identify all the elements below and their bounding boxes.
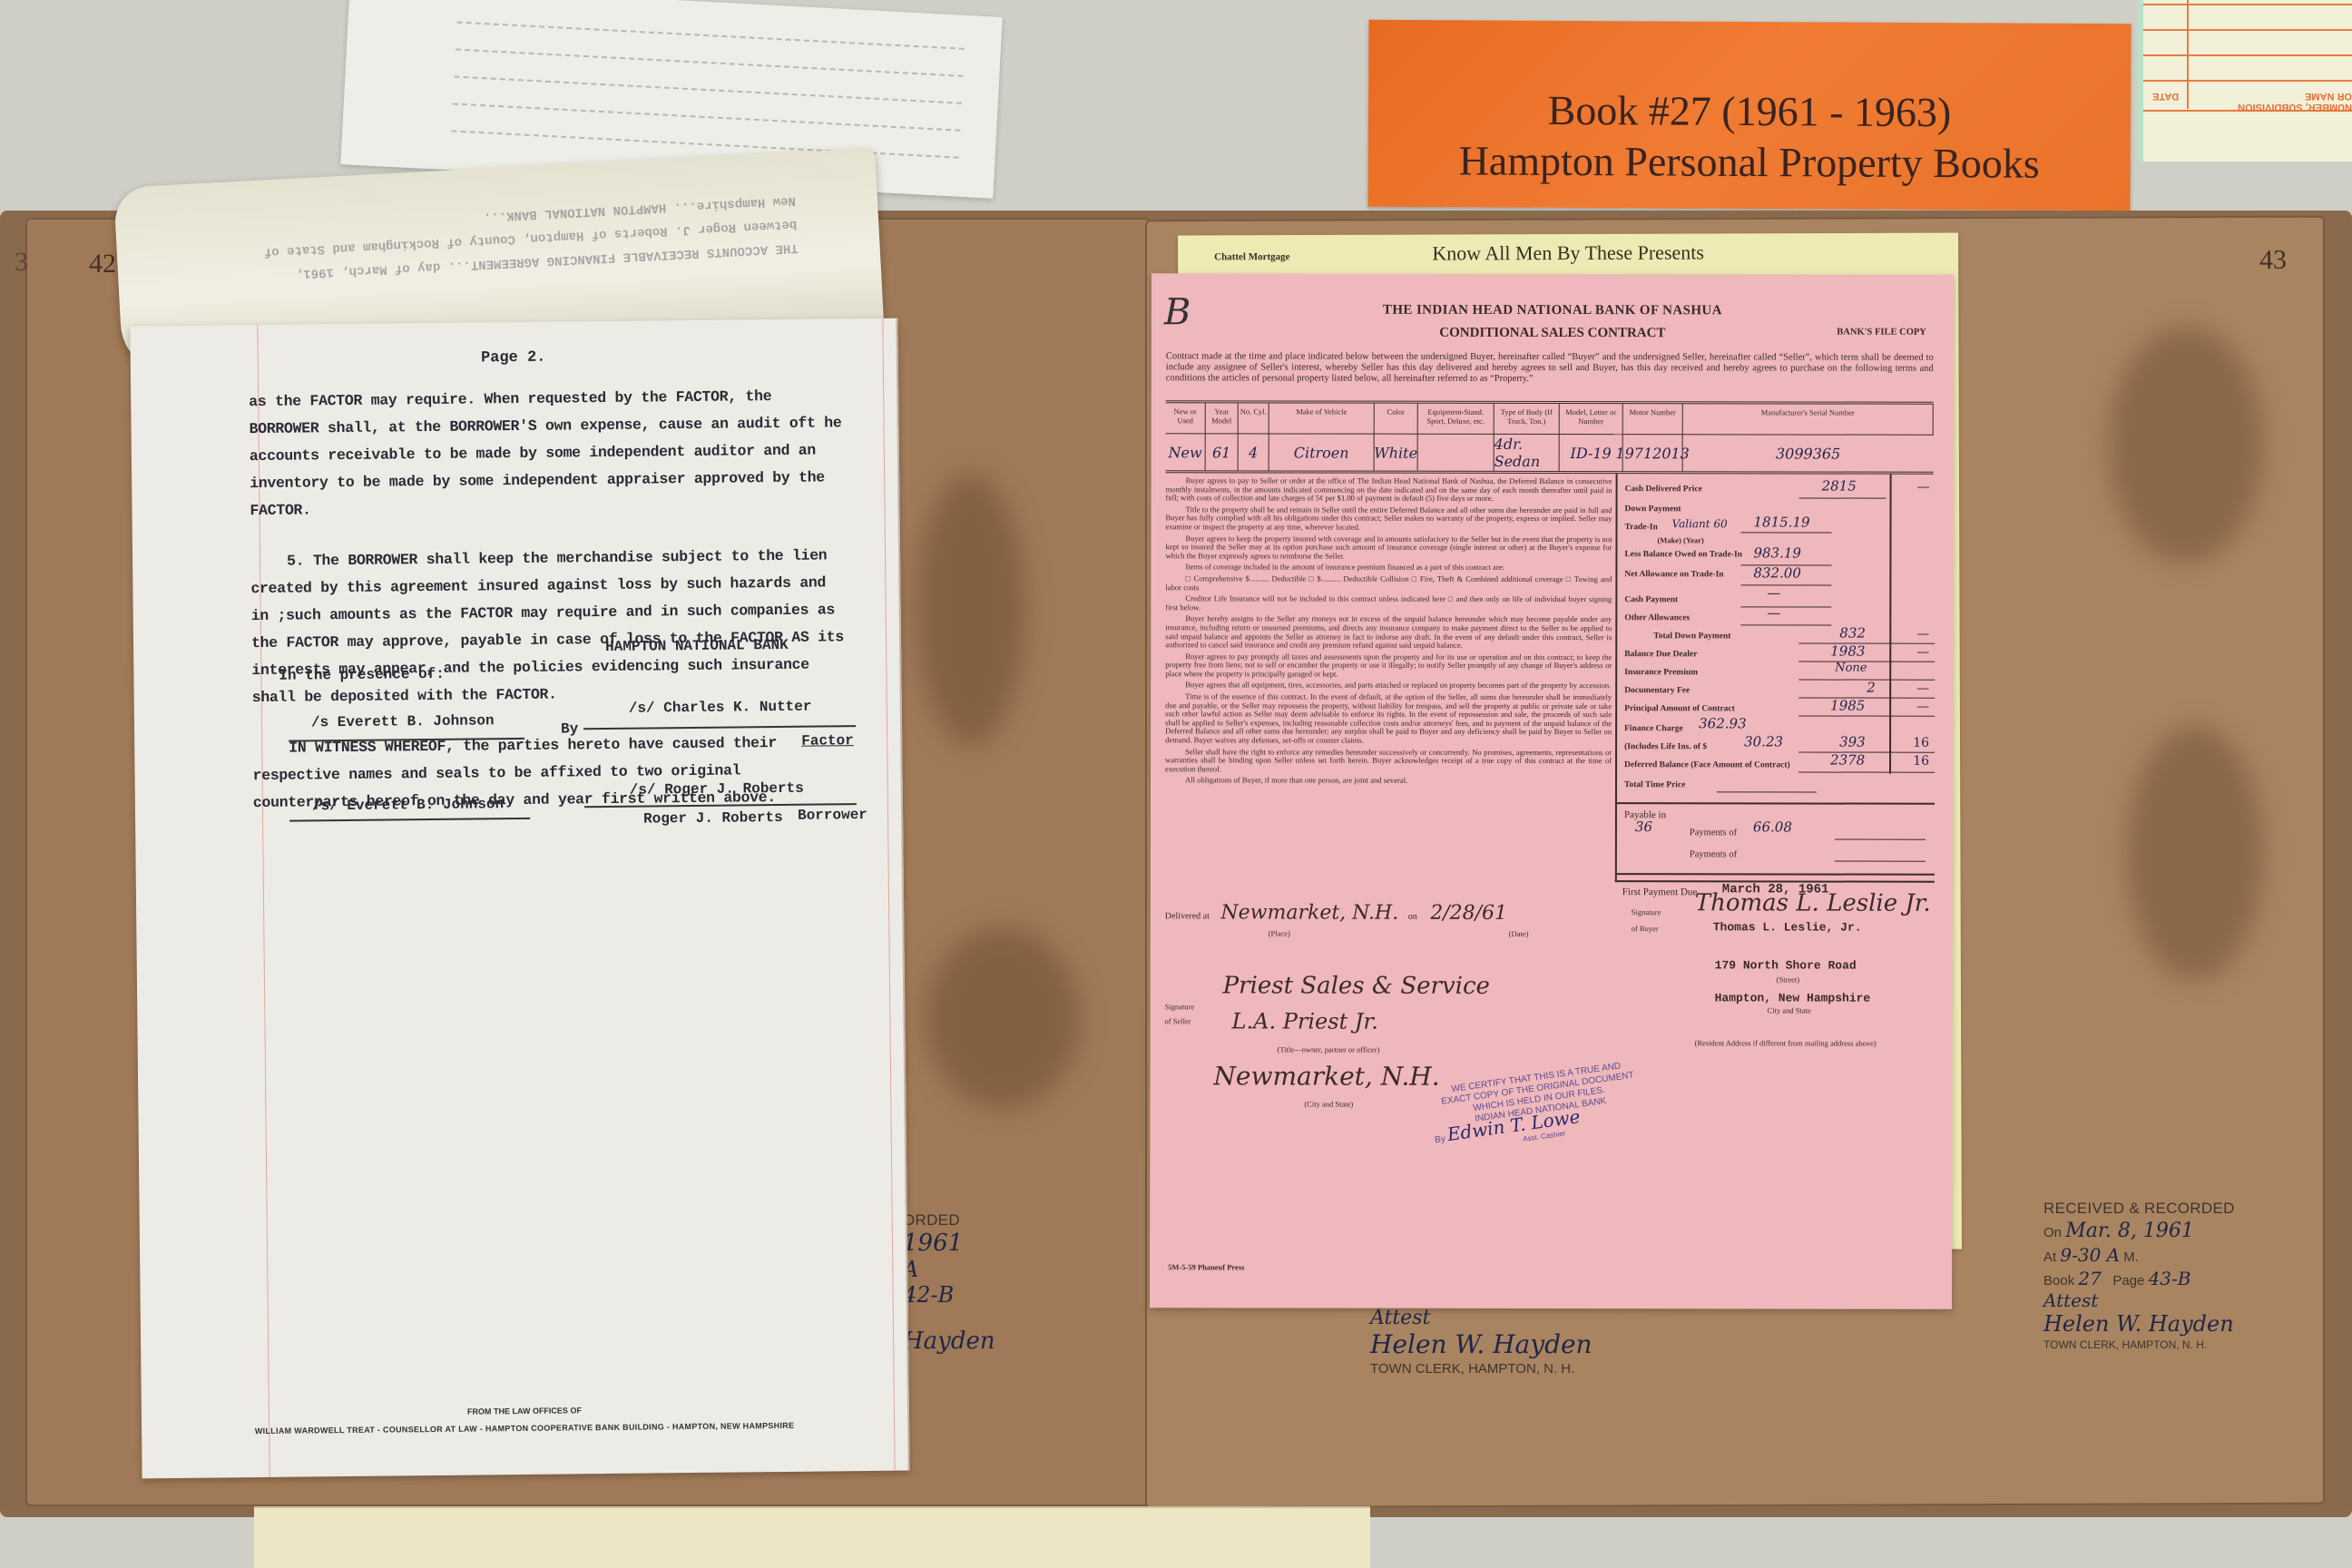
recorded-page: 43-B (2149, 1268, 2191, 1289)
vehicle-table-cell: 19712013 (1623, 435, 1683, 471)
vehicle-table-header: Make of Vehicle (1269, 403, 1375, 434)
contract-bank-name: THE INDIAN HEAD NATIONAL BANK OF NASHUA (1151, 302, 1954, 319)
balance-due-value: 1983 (1830, 643, 1865, 660)
delivery-line: Delivered at Newmarket, N.H. on 2/28/61 (1165, 901, 1507, 925)
agreement-paragraph: as the FACTOR may require. When requeste… (249, 382, 844, 524)
contract-terms: Buyer agrees to pay to Seller or order a… (1165, 476, 1612, 789)
right-page-number: 43 (2259, 245, 2287, 276)
borrower-name: Roger J. Roberts (643, 809, 783, 828)
seller-company-signature: Priest Sales & Service (1223, 972, 1490, 1000)
contract-term: Buyer agrees to keep the property insure… (1165, 534, 1612, 562)
vehicle-table-cell: 61 (1206, 434, 1239, 470)
vehicle-table-cell (1418, 435, 1494, 471)
paper-text-line (451, 124, 959, 158)
vehicle-table: New or UsedYear ModelNo. Cyl.Make of Veh… (1166, 400, 1934, 474)
law-office-header: FROM THE LAW OFFICES OF (142, 1403, 907, 1420)
water-stain (916, 474, 1025, 746)
borrower-signature: /s/ Roger J. Roberts (630, 780, 804, 799)
vehicle-table-header: Manufacturer's Serial Number (1683, 404, 1934, 435)
agreement-paragraph: 5. The BORROWER shall keep the merchandi… (250, 542, 846, 711)
water-stain (926, 927, 1080, 1109)
payment-count: 36 (1635, 818, 1652, 835)
factoring-agreement-page: Page 2. as the FACTOR may require. When … (130, 318, 909, 1479)
cash-price-label: Cash Delivered Price (1625, 485, 1702, 494)
contract-term: Title to the property shall be and remai… (1165, 505, 1612, 533)
vehicle-table-cell: 4 (1239, 434, 1269, 470)
vehicle-table-header: Equipment-Stand. Sport, Deluxe, etc. (1418, 404, 1494, 435)
binder-label-title: Book #27 (1961 - 1963) (1368, 85, 2131, 137)
water-stain (2127, 726, 2263, 981)
contract-term: Buyer agrees that all equipment, tires, … (1165, 681, 1612, 691)
total-down-value: 832 (1839, 625, 1866, 642)
page-label: Page 2. (131, 346, 897, 371)
contract-term: Buyer agrees to pay to Seller or order a… (1166, 476, 1612, 504)
life-ins-value: 30.23 (1744, 733, 1783, 750)
first-payment-label: First Payment Due (1622, 887, 1698, 897)
bottom-papers (254, 1506, 1370, 1568)
vehicle-table-header: Type of Body (If Truck, Ton.) (1494, 404, 1560, 435)
paper-text-line (453, 97, 961, 131)
conditional-sales-contract: B THE INDIAN HEAD NATIONAL BANK OF NASHU… (1150, 273, 1954, 1309)
vehicle-table-header: Color (1375, 404, 1418, 435)
contract-intro: Contract made at the time and place indi… (1166, 351, 1934, 385)
agreement-body: as the FACTOR may require. When requeste… (249, 382, 847, 840)
trade-in-vehicle: Valiant 60 (1672, 517, 1728, 530)
contract-term: □ Comprehensive $.......... Deductible □… (1165, 574, 1612, 593)
vehicle-table-cell: 3099365 (1683, 435, 1934, 471)
vehicle-table-header: Model, Letter or Number (1560, 404, 1623, 435)
file-copy-label: BANK'S FILE COPY (1837, 328, 1926, 338)
certification-stamp: WE CERTIFY THAT THIS IS A TRUE AND EXACT… (1427, 1058, 1652, 1157)
finance-charge-value: 362.93 (1699, 715, 1747, 731)
seller-signer-signature: L.A. Priest Jr. (1232, 1008, 1378, 1034)
financial-summary: Cash Delivered Price 2815 — Down Payment… (1615, 474, 1935, 883)
index-card-name-label: NUMBER, SUBDIVISION OR NAME (2220, 91, 2352, 113)
contract-title: CONDITIONAL SALES CONTRACT (1151, 325, 1954, 342)
paper-text-line (454, 70, 962, 103)
seller-city-signature: Newmarket, N.H. (1213, 1061, 1439, 1091)
paper-text-line (456, 43, 964, 76)
contract-term: Creditor Life Insurance will not be incl… (1165, 594, 1612, 612)
net-allowance-value: 832.00 (1753, 564, 1801, 581)
left-page-number: 42 (89, 249, 116, 279)
vehicle-table-cell: ID-19 (1560, 435, 1623, 471)
factor-label: Factor (801, 732, 854, 750)
buyer-signature: Thomas L. Leslie Jr. (1695, 889, 1931, 916)
chattel-mortgage-heading: Know All Men By These Presents (1178, 240, 1958, 267)
left-recorded-stamp: ORDED 1961 A 42-B Hayden (903, 1211, 995, 1355)
town-clerk-signature: Helen W. Hayden (2043, 1311, 2279, 1337)
printer-mark: 5M-5-59 Phaneuf Press (1168, 1262, 1244, 1271)
vehicle-table-cell: 4dr. Sedan (1494, 435, 1560, 471)
vehicle-table-header: Year Model (1206, 403, 1239, 434)
buyer-street: 179 North Shore Road (1715, 958, 1857, 972)
witness2-signature: /s/ Everett B. Johnson (312, 796, 504, 814)
contract-term: All obligations of Buyer, if more than o… (1165, 777, 1612, 786)
vehicle-table-header: Motor Number (1623, 404, 1683, 435)
balance-owed-value: 983.19 (1753, 544, 1801, 561)
by-label: By (561, 720, 578, 737)
binder-label-subtitle: Hampton Personal Property Books (1368, 136, 2131, 188)
contract-term: Items of coverage included in the amount… (1165, 563, 1612, 573)
water-stain (2109, 327, 2263, 563)
law-office-address: WILLIAM WARDWELL TREAT - COUNSELLOR AT L… (142, 1420, 907, 1437)
buyer-city: Hampton, New Hampshire (1715, 991, 1871, 1004)
recorded-book: 27 (2078, 1268, 2101, 1289)
buyer-signature-label: Signature of Buyer (1632, 904, 1661, 936)
witness1-signature: /s Everett B. Johnson (311, 712, 495, 730)
contract-term: Buyer hereby assigns to the Seller any m… (1165, 615, 1612, 651)
delivery-date: 2/28/61 (1430, 902, 1507, 925)
index-card-date-label: DATE (2152, 91, 2179, 102)
vehicle-table-cell: Citroen (1269, 434, 1375, 470)
presence-label: In the presence of: (279, 666, 445, 684)
principal-value: 1985 (1830, 698, 1865, 714)
paper-text-line (457, 16, 965, 50)
vehicle-table-cell: White (1375, 435, 1418, 471)
borrower-label: Borrower (798, 807, 867, 824)
life-ins-total: 393 (1839, 734, 1866, 750)
cash-price-value: 2815 (1822, 478, 1857, 495)
deferred-balance-value: 2378 (1830, 752, 1865, 769)
delivery-place: Newmarket, N.H. (1220, 901, 1398, 924)
mirrored-text: THE ACCOUNTS RECEIVABLE FINANCING AGREEM… (251, 189, 799, 288)
contract-term: Buyer agrees to pay promptly all taxes a… (1165, 652, 1612, 680)
center-recorded-stamp: Attest Helen W. Hayden TOWN CLERK, HAMPT… (1370, 1307, 1592, 1377)
recorded-date: Mar. 8, 1961 (2065, 1220, 2194, 1242)
trade-in-value: 1815.19 (1754, 514, 1810, 530)
vehicle-table-cell: New (1166, 434, 1206, 470)
index-card: DATE NUMBER, SUBDIVISION OR NAME (2138, 0, 2352, 162)
factor-signature: /s/ Charles K. Nutter (629, 699, 812, 717)
payment-amount: 66.08 (1753, 818, 1792, 835)
buyer-name: Thomas L. Leslie, Jr. (1713, 920, 1862, 934)
vehicle-table-header: New or Used (1166, 403, 1206, 434)
bank-name: HAMPTON NATIONAL BANK (605, 637, 789, 655)
contract-term: Seller shall have the right to enforce a… (1165, 748, 1612, 775)
seller-signature-label: Signature of Seller (1165, 999, 1195, 1028)
contract-term: Time is of the essence of this contract.… (1165, 692, 1612, 745)
vehicle-table-header: No. Cyl. (1239, 403, 1269, 434)
recorded-time: 9-30 A (2060, 1244, 2120, 1266)
prior-page-number: 3 (15, 247, 28, 278)
binder-label: Book #27 (1961 - 1963) Hampton Personal … (1367, 20, 2131, 211)
right-recorded-stamp: RECEIVED & RECORDED On Mar. 8, 1961 At 9… (2043, 1200, 2279, 1351)
